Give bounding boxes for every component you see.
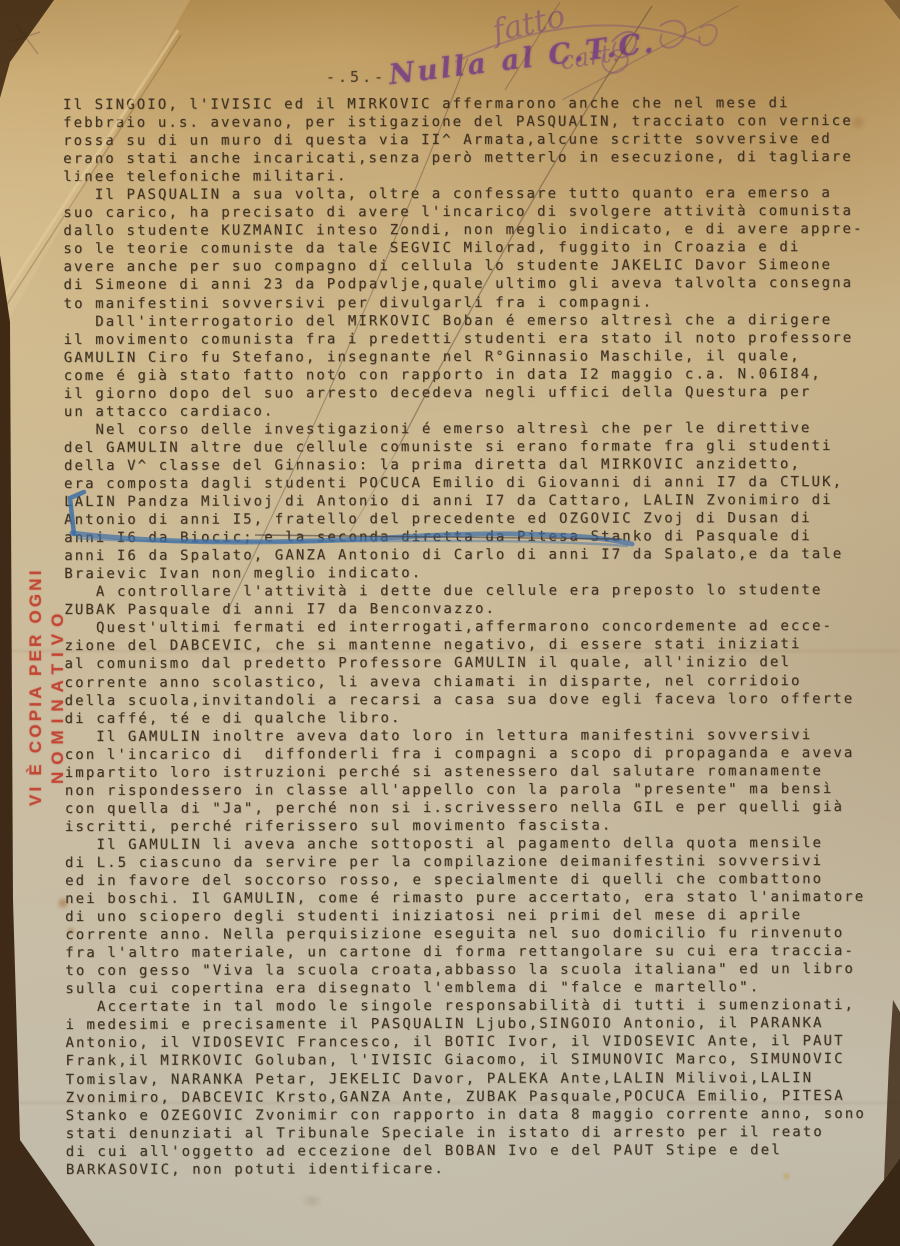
- typed-body-text: Il SINGOIO, l'IVISIC ed il MIRKOVIC affe…: [63, 94, 866, 1179]
- paper-stain: [298, 1196, 326, 1206]
- copy-stamp-line1: VI È COPIA PER OGNI: [26, 456, 46, 806]
- copy-stamp-line2: NOMINATIVO: [48, 456, 68, 784]
- scanned-document-photo: -.5.- Il SINGOIO, l'IVISIC ed il MIRKOVI…: [0, 0, 900, 1246]
- page-number: -.5.-: [326, 68, 386, 86]
- copy-per-nominative-stamp: VI È COPIA PER OGNI NOMINATIVO: [26, 456, 68, 806]
